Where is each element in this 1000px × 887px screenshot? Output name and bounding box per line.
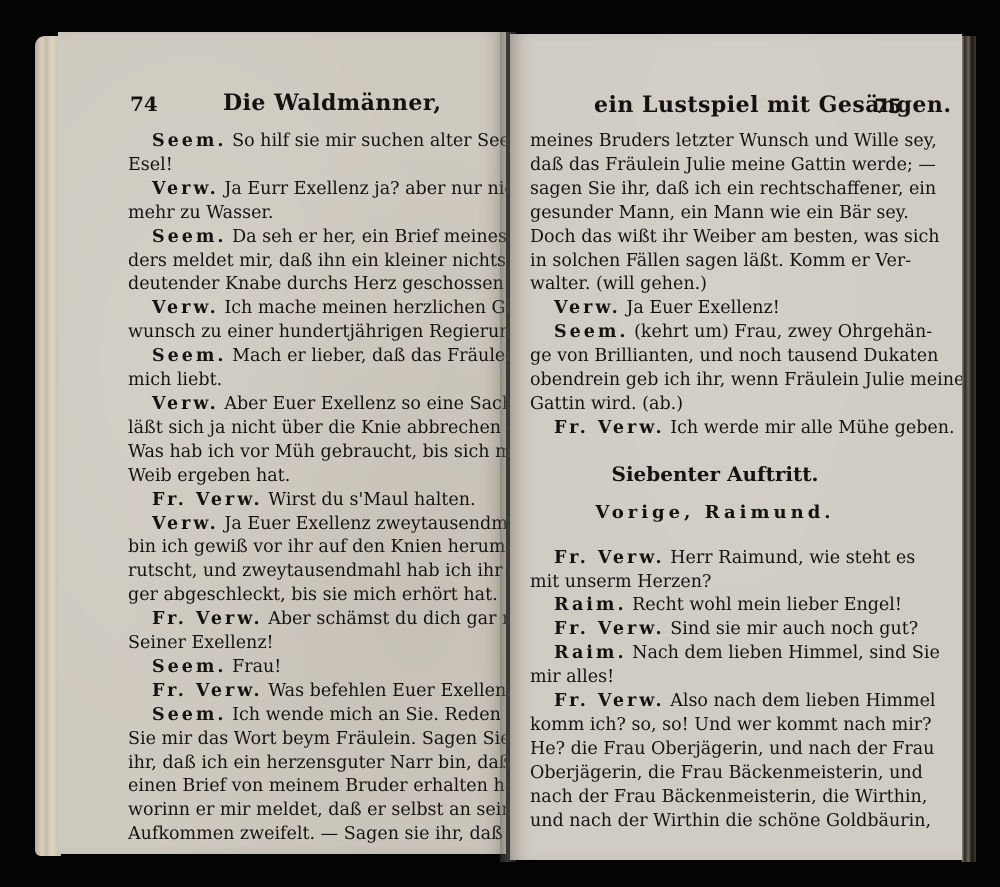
line-text: Frau! <box>232 657 281 677</box>
line-text: meines Bruders letzter Wunsch und Wille … <box>530 131 937 151</box>
text-line: Fr. Verw. Also nach dem lieben Himmel <box>530 690 900 714</box>
scene-heading: Siebenter Auftritt. <box>530 463 900 487</box>
speaker-name: Seem. <box>152 346 227 366</box>
line-text: sagen Sie ihr, daß ich ein rechtschaffen… <box>530 179 936 199</box>
line-text: in solchen Fällen sagen läßt. Komm er Ve… <box>530 251 911 271</box>
text-line: Seem. Mach er lieber, daß das Fräulein <box>128 345 496 369</box>
line-text: Seiner Exellenz! <box>128 633 274 653</box>
line-text: Also nach dem lieben Himmel <box>670 691 935 711</box>
text-line: deutender Knabe durchs Herz geschossen h… <box>128 273 496 297</box>
line-text: He? die Frau Oberjägerin, und nach der F… <box>530 739 934 759</box>
line-text: (kehrt um) Frau, zwey Ohrgehän- <box>634 322 932 342</box>
text-line: Seiner Exellenz! <box>128 632 496 656</box>
line-text: Sie mir das Wort beym Fräulein. Sagen Si… <box>128 729 511 749</box>
book-photo: 74 Die Waldmänner, Seem. So hilf sie mir… <box>0 0 1000 887</box>
line-text: bin ich gewiß vor ihr auf den Knien heru… <box>128 537 539 557</box>
text-line: Seem. Da seh er her, ein Brief meines Br… <box>128 226 496 250</box>
speaker-name: Fr. Verw. <box>554 418 665 438</box>
text-line: meines Bruders letzter Wunsch und Wille … <box>530 130 900 154</box>
text-line: Fr. Verw. Herr Raimund, wie steht es <box>530 547 900 571</box>
line-text: Ja Euer Exellenz zweytausendmahl <box>224 514 535 534</box>
text-line: Fr. Verw. Wirst du s'Maul halten. <box>128 489 496 513</box>
scene-characters: Vorige, Raimund. <box>530 501 900 525</box>
line-text: einen Brief von meinem Bruder erhalten h… <box>128 776 545 796</box>
speaker-name: Seem. <box>152 131 227 151</box>
speaker-name: Verw. <box>152 394 219 414</box>
text-line: Esel! <box>128 154 496 178</box>
cover-edge <box>962 36 976 862</box>
line-text: Doch das wißt ihr Weiber am besten, was … <box>530 227 940 247</box>
text-line: He? die Frau Oberjägerin, und nach der F… <box>530 738 900 762</box>
text-line: Weib ergeben hat. <box>128 465 496 489</box>
text-line: Verw. Ja Euer Exellenz! <box>530 297 900 321</box>
text-line: Oberjägerin, die Frau Bäckenmeisterin, u… <box>530 762 900 786</box>
right-page: ein Lustspiel mit Gesängen. 75 meines Br… <box>510 34 962 860</box>
line-text: Ich wende mich an Sie. Reden <box>232 705 501 725</box>
line-text: Herr Raimund, wie steht es <box>670 548 915 568</box>
text-line: gesunder Mann, ein Mann wie ein Bär sey. <box>530 202 900 226</box>
line-text: Was hab ich vor Müh gebraucht, bis sich … <box>128 442 539 462</box>
line-text: mehr zu Wasser. <box>128 203 273 223</box>
speaker-name: Verw. <box>152 298 219 318</box>
text-line: mehr zu Wasser. <box>128 202 496 226</box>
text-line: worinn er mir meldet, daß er selbst an s… <box>128 799 496 823</box>
speaker-name: Fr. Verw. <box>554 548 665 568</box>
text-line: Fr. Verw. Sind sie mir auch noch gut? <box>530 618 900 642</box>
text-line: läßt sich ja nicht über die Knie abbrech… <box>128 417 496 441</box>
left-page: 74 Die Waldmänner, Seem. So hilf sie mir… <box>58 32 506 854</box>
speaker-name: Verw. <box>554 298 621 318</box>
line-text: Wirst du s'Maul halten. <box>268 490 475 510</box>
line-text: Aufkommen zweifelt. — Sagen sie ihr, daß <box>128 824 503 844</box>
line-text: worinn er mir meldet, daß er selbst an s… <box>128 800 540 820</box>
line-text: Ja Euer Exellenz! <box>626 298 779 318</box>
line-text: Gattin wird. (ab.) <box>530 394 683 414</box>
text-line: und nach der Wirthin die schöne Goldbäur… <box>530 810 900 834</box>
speaker-name: Seem. <box>152 657 227 677</box>
line-text: ger abgeschleckt, bis sie mich erhört ha… <box>128 585 498 605</box>
text-line: komm ich? so, so! Und wer kommt nach mir… <box>530 714 900 738</box>
left-page-body: Seem. So hilf sie mir suchen alter SeeEs… <box>128 130 496 847</box>
text-line: Doch das wißt ihr Weiber am besten, was … <box>530 226 900 250</box>
text-line: Was hab ich vor Müh gebraucht, bis sich … <box>128 441 496 465</box>
speaker-name: Seem. <box>152 705 227 725</box>
text-line: Seem. Ich wende mich an Sie. Reden <box>128 704 496 728</box>
text-line: Fr. Verw. Was befehlen Euer Exellenz? <box>128 680 496 704</box>
line-text: So hilf sie mir suchen alter See <box>232 131 510 151</box>
text-line: Raim. Recht wohl mein lieber Engel! <box>530 594 900 618</box>
text-line: Verw. Ja Euer Exellenz zweytausendmahl <box>128 513 496 537</box>
line-text: wunsch zu einer hundertjährigen Regierun… <box>128 322 527 342</box>
line-text: Recht wohl mein lieber Engel! <box>632 595 902 615</box>
speaker-name: Seem. <box>554 322 629 342</box>
speaker-name: Raim. <box>554 643 627 663</box>
line-text: Mach er lieber, daß das Fräulein <box>232 346 522 366</box>
text-line: obendrein geb ich ihr, wenn Fräulein Jul… <box>530 369 900 393</box>
text-line: Verw. Ja Eurr Exellenz ja? aber nur nich… <box>128 178 496 202</box>
speaker-name: Fr. Verw. <box>152 490 263 510</box>
line-text: läßt sich ja nicht über die Knie abbrech… <box>128 418 524 438</box>
speaker-name: Fr. Verw. <box>554 691 665 711</box>
text-line: nach der Frau Bäckenmeisterin, die Wirth… <box>530 786 900 810</box>
line-text: obendrein geb ich ihr, wenn Fräulein Jul… <box>530 370 964 390</box>
line-text: mich liebt. <box>128 370 222 390</box>
text-line: rutscht, und zweytausendmahl hab ich ihr… <box>128 560 496 584</box>
speaker-name: Raim. <box>554 595 627 615</box>
text-line: Seem. (kehrt um) Frau, zwey Ohrgehän- <box>530 321 900 345</box>
text-line: ge von Brillianten, und noch tausend Duk… <box>530 345 900 369</box>
text-line: einen Brief von meinem Bruder erhalten h… <box>128 775 496 799</box>
line-text: walter. (will gehen.) <box>530 274 707 294</box>
line-text: komm ich? so, so! Und wer kommt nach mir… <box>530 715 932 735</box>
speaker-name: Verw. <box>152 514 219 534</box>
text-line: mit unserm Herzen? <box>530 571 900 595</box>
text-line: walter. (will gehen.) <box>530 273 900 297</box>
text-line: ders meldet mir, daß ihn ein kleiner nic… <box>128 250 496 274</box>
line-text: Oberjägerin, die Frau Bäckenmeisterin, u… <box>530 763 923 783</box>
line-text: mit unserm Herzen? <box>530 572 711 592</box>
speaker-name: Fr. Verw. <box>152 681 263 701</box>
speaker-name: Fr. Verw. <box>152 609 263 629</box>
running-head-left: Die Waldmänner, <box>223 90 442 116</box>
line-text: nach der Frau Bäckenmeisterin, die Wirth… <box>530 787 927 807</box>
text-line: daß das Fräulein Julie meine Gattin werd… <box>530 154 900 178</box>
line-text: und nach der Wirthin die schöne Goldbäur… <box>530 811 931 831</box>
line-text: Aber Euer Exellenz so eine Sache <box>224 394 523 414</box>
text-line: Raim. Nach dem lieben Himmel, sind Sie <box>530 642 900 666</box>
speaker-name: Seem. <box>152 227 227 247</box>
text-line: ger abgeschleckt, bis sie mich erhört ha… <box>128 584 496 608</box>
speaker-name: Fr. Verw. <box>554 619 665 639</box>
line-text: Sind sie mir auch noch gut? <box>670 619 918 639</box>
text-line: Fr. Verw. Ich werde mir alle Mühe geben. <box>530 417 900 441</box>
line-text: Weib ergeben hat. <box>128 466 290 486</box>
line-text: ihr, daß ich ein herzensguter Narr bin, … <box>128 753 543 773</box>
line-text: Ja Eurr Exellenz ja? aber nur nicht <box>224 179 532 199</box>
page-number-left: 74 <box>130 92 158 116</box>
text-line: ihr, daß ich ein herzensguter Narr bin, … <box>128 752 496 776</box>
line-text: Ich werde mir alle Mühe geben. <box>670 418 954 438</box>
text-line: Seem. So hilf sie mir suchen alter See <box>128 130 496 154</box>
text-line: Gattin wird. (ab.) <box>530 393 900 417</box>
line-text: ge von Brillianten, und noch tausend Duk… <box>530 346 938 366</box>
text-line: Aufkommen zweifelt. — Sagen sie ihr, daß <box>128 823 496 847</box>
text-line: bin ich gewiß vor ihr auf den Knien heru… <box>128 536 496 560</box>
line-text: ders meldet mir, daß ihn ein kleiner nic… <box>128 251 539 271</box>
line-text: mir alles! <box>530 667 614 687</box>
page-number-right: 75 <box>874 94 902 118</box>
text-line: mir alles! <box>530 666 900 690</box>
text-line: Verw. Ich mache meinen herzlichen Glücks… <box>128 297 496 321</box>
text-line: Verw. Aber Euer Exellenz so eine Sache <box>128 393 496 417</box>
line-text: Was befehlen Euer Exellenz? <box>268 681 525 701</box>
text-line: Sie mir das Wort beym Fräulein. Sagen Si… <box>128 728 496 752</box>
text-line: Fr. Verw. Aber schämst du dich gar nicht… <box>128 608 496 632</box>
line-text: gesunder Mann, ein Mann wie ein Bär sey. <box>530 203 909 223</box>
line-text: daß das Fräulein Julie meine Gattin werd… <box>530 155 936 175</box>
text-line: in solchen Fällen sagen läßt. Komm er Ve… <box>530 250 900 274</box>
line-text: Nach dem lieben Himmel, sind Sie <box>632 643 940 663</box>
text-line: mich liebt. <box>128 369 496 393</box>
text-line: Seem. Frau! <box>128 656 496 680</box>
speaker-name: Verw. <box>152 179 219 199</box>
line-text: Esel! <box>128 155 173 175</box>
text-line: wunsch zu einer hundertjährigen Regierun… <box>128 321 496 345</box>
text-line: sagen Sie ihr, daß ich ein rechtschaffen… <box>530 178 900 202</box>
right-page-body: meines Bruders letzter Wunsch und Wille … <box>530 130 900 833</box>
